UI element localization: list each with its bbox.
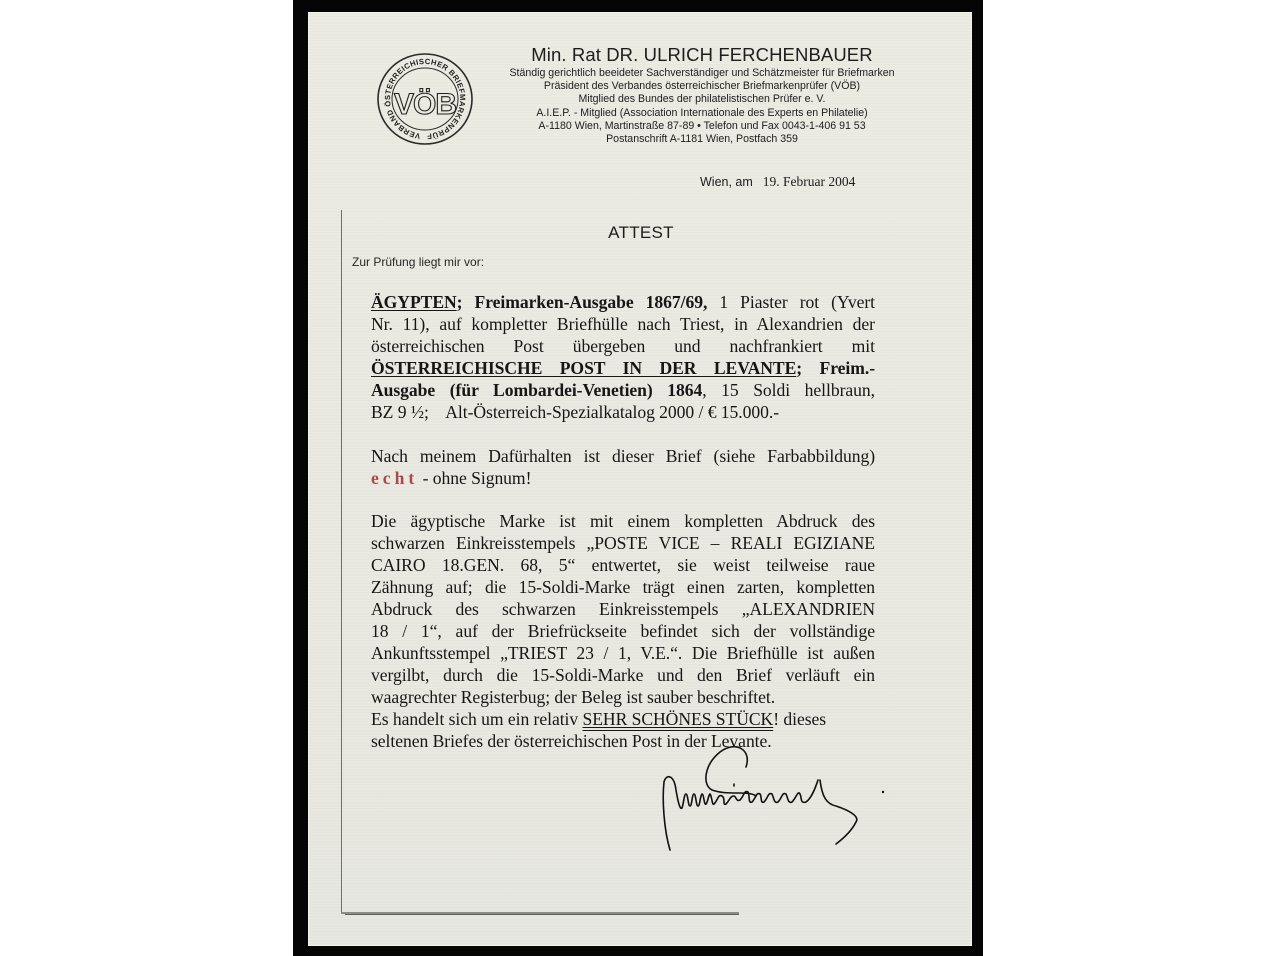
condition-line: schwarzen Einkreisstempels „POSTE VICE –… <box>371 532 875 554</box>
item-description: ÄGYPTEN; Freimarken-Ausgabe 1867/69, 1 P… <box>371 291 875 423</box>
quality-rating: SEHR SCHÖNES STÜCK <box>582 709 773 729</box>
issue-name: Freimarken-Ausgabe 1867/69, <box>462 292 707 312</box>
rating-line: Es handelt sich um ein relativ SEHR SCHÖ… <box>371 708 875 730</box>
verdict-line: echt - ohne Signum! <box>371 467 875 489</box>
date-place: Wien, am <box>700 175 753 189</box>
condition-line: CAIRO 18.GEN. 68, 5“ entwertet, sie weis… <box>371 554 875 576</box>
condition-paragraph: Die ägyptische Marke ist mit einem kompl… <box>371 510 875 752</box>
left-border-line <box>341 210 342 914</box>
verdict-paragraph: Nach meinem Dafürhalten ist dieser Brief… <box>371 445 875 489</box>
condition-line: Abdruck des schwarzen Einkreisstempels „… <box>371 598 875 620</box>
country-name: ÄGYPTEN <box>371 292 457 312</box>
letterhead-line: Mitglied des Bundes der philatelistische… <box>482 93 922 106</box>
condition-line: Zähnung auf; die 15-Soldi-Marke trägt ei… <box>371 576 875 598</box>
description-line: ÖSTERREICHISCHE POST IN DER LEVANTE; Fre… <box>371 357 875 379</box>
letterhead-line: A.I.E.P. - Mitglied (Association Interna… <box>482 107 922 120</box>
date-value: 19. Februar 2004 <box>763 174 856 189</box>
voeb-seal-logo-icon: VERBAND ÖSTERREICHISCHER BRIEFMARKENPRÜF… <box>376 52 474 146</box>
signature-icon <box>648 740 888 860</box>
description-line: Nr. 11), auf kompletter Briefhülle nach … <box>371 313 875 335</box>
description-line: ÄGYPTEN; Freimarken-Ausgabe 1867/69, 1 P… <box>371 291 875 313</box>
verdict-genuine: echt <box>371 468 418 488</box>
condition-line: vergilbt, durch die 15-Soldi-Marke und d… <box>371 664 875 686</box>
expert-name: Min. Rat DR. ULRICH FERCHENBAUER <box>482 44 922 66</box>
catalog-line: BZ 9 ½; Alt-Österreich-Spezialkatalog 20… <box>371 401 875 423</box>
condition-line: Die ägyptische Marke ist mit einem kompl… <box>371 510 875 532</box>
description-line: Ausgabe (für Lombardei-Venetien) 1864, 1… <box>371 379 875 401</box>
seal-center-text: VÖB <box>394 88 456 121</box>
letterhead-line: Ständig gerichtlich beeideter Sachverstä… <box>482 67 922 80</box>
letterhead: Min. Rat DR. ULRICH FERCHENBAUER Ständig… <box>482 44 922 146</box>
letterhead-line: A-1180 Wien, Martinstraße 87-89 • Telefo… <box>482 120 922 133</box>
letterhead-line: Postanschrift A-1181 Wien, Postfach 359 <box>482 133 922 146</box>
condition-line: Ankunftsstempel „TRIEST 23 / 1, V.E.“. D… <box>371 642 875 664</box>
document-title: ATTEST <box>560 223 722 243</box>
verdict-line: Nach meinem Dafürhalten ist dieser Brief… <box>371 445 875 467</box>
condition-line: 18 / 1“, auf der Briefrückseite befindet… <box>371 620 875 642</box>
bottom-border-line-inner <box>345 914 739 915</box>
levante-heading: ÖSTERREICHISCHE POST IN DER LEVANTE <box>371 358 796 378</box>
description-line: österreichischen Post übergeben und nach… <box>371 335 875 357</box>
intro-text: Zur Prüfung liegt mir vor: <box>352 255 484 269</box>
letterhead-line: Präsident des Verbandes österreichischer… <box>482 80 922 93</box>
date-line: Wien, am 19. Februar 2004 <box>700 173 880 191</box>
condition-line: waagrechter Registerbug; der Beleg ist s… <box>371 686 875 708</box>
